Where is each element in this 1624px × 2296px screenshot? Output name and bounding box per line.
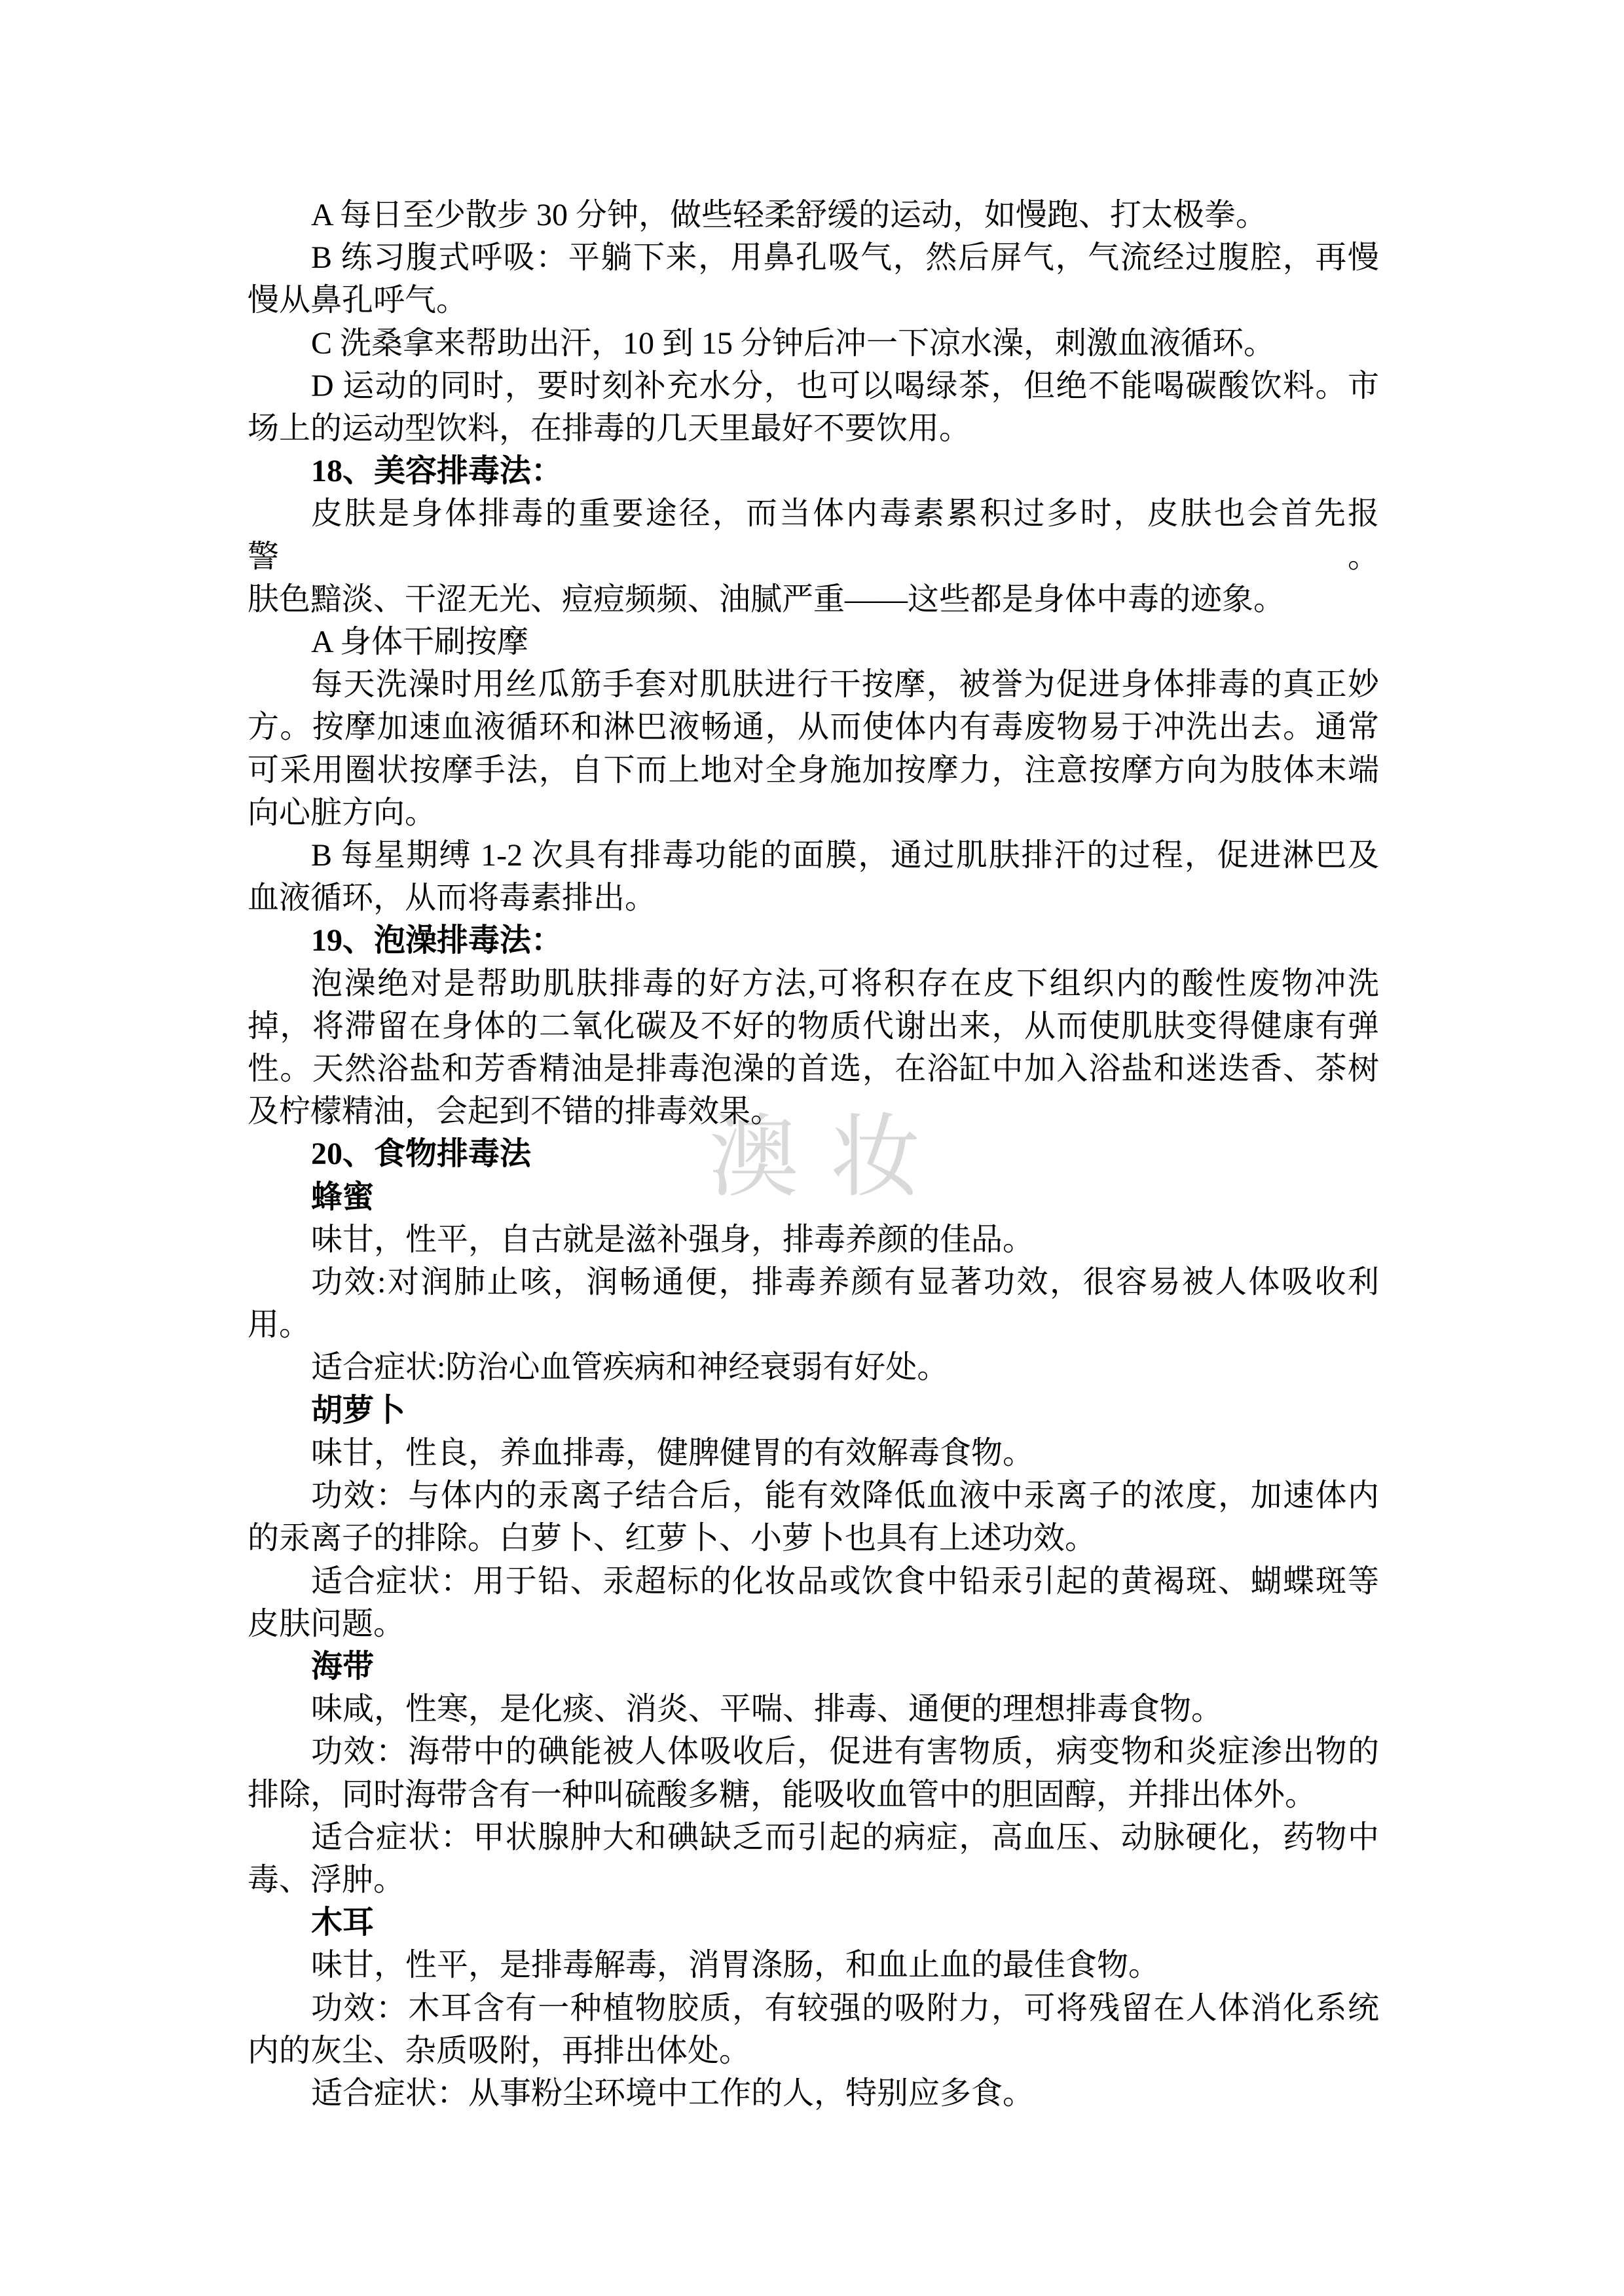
text-line: 适合症状：从事粉尘环境中工作的人，特别应多食。 xyxy=(248,2072,1379,2115)
text-line: 可采用圈状按摩手法，自下而上地对全身施加按摩力，注意按摩方向为肢体末端 xyxy=(248,749,1379,792)
text-line: 适合症状：甲状腺肿大和碘缺乏而引起的病症，高血压、动脉硬化，药物中 xyxy=(248,1816,1379,1859)
text-line: 功效:对润肺止咳，润畅通便，排毒养颜有显著功效，很容易被人体吸收利 xyxy=(248,1261,1379,1303)
text-line: 功效：与体内的汞离子结合后，能有效降低血液中汞离子的浓度，加速体内 xyxy=(248,1474,1379,1517)
text-line: 每天洗澡时用丝瓜筋手套对肌肤进行干按摩，被誉为促进身体排毒的真正妙 xyxy=(248,663,1379,706)
text-line: 适合症状:防治心血管疾病和神经衰弱有好处。 xyxy=(248,1346,1379,1389)
text-line: B 练习腹式呼吸：平躺下来，用鼻孔吸气，然后屏气，气流经过腹腔，再慢 xyxy=(248,236,1379,279)
text-line: D 运动的同时，要时刻补充水分，也可以喝绿茶，但绝不能喝碳酸饮料。市 xyxy=(248,365,1379,407)
text-line: 木耳 xyxy=(248,1901,1379,1944)
text-line: 方。按摩加速血液循环和淋巴液畅通，从而使体内有毒废物易于冲洗出去。通常 xyxy=(248,706,1379,748)
text-line: 味甘，性良，养血排毒，健脾健胃的有效解毒食物。 xyxy=(248,1432,1379,1474)
text-line: C 洗桑拿来帮助出汗，10 到 15 分钟后冲一下凉水澡，刺激血液循环。 xyxy=(248,322,1379,365)
text-line: A 每日至少散步 30 分钟，做些轻柔舒缓的运动，如慢跑、打太极拳。 xyxy=(248,194,1379,236)
text-line: 及柠檬精油，会起到不错的排毒效果。 xyxy=(248,1090,1379,1133)
text-line: 胡萝卜 xyxy=(248,1389,1379,1432)
document-body: A 每日至少散步 30 分钟，做些轻柔舒缓的运动，如慢跑、打太极拳。B 练习腹式… xyxy=(248,194,1379,2115)
text-line: 排除，同时海带含有一种叫硫酸多糖，能吸收血管中的胆固醇，并排出体外。 xyxy=(248,1774,1379,1816)
text-line: 皮肤问题。 xyxy=(248,1603,1379,1645)
text-line: 皮肤是身体排毒的重要途径，而当体内毒素累积过多时，皮肤也会首先报警。 xyxy=(248,492,1379,577)
text-line: 20、食物排毒法 xyxy=(248,1133,1379,1175)
text-line: 19、泡澡排毒法： xyxy=(248,919,1379,962)
page: 澳妆 A 每日至少散步 30 分钟，做些轻柔舒缓的运动，如慢跑、打太极拳。B 练… xyxy=(0,0,1624,2296)
text-line: 味甘，性平，自古就是滋补强身，排毒养颜的佳品。 xyxy=(248,1218,1379,1261)
text-line: 的汞离子的排除。白萝卜、红萝卜、小萝卜也具有上述功效。 xyxy=(248,1517,1379,1559)
text-line: A 身体干刷按摩 xyxy=(248,621,1379,663)
text-line: 海带 xyxy=(248,1645,1379,1688)
text-line: 场上的运动型饮料，在排毒的几天里最好不要饮用。 xyxy=(248,407,1379,450)
text-line: 功效：木耳含有一种植物胶质，有较强的吸附力，可将残留在人体消化系统 xyxy=(248,1987,1379,2030)
text-line: 掉，将滞留在身体的二氧化碳及不好的物质代谢出来，从而使肌肤变得健康有弹 xyxy=(248,1005,1379,1048)
text-line: B 每星期缚 1-2 次具有排毒功能的面膜，通过肌肤排汗的过程，促进淋巴及 xyxy=(248,834,1379,877)
text-line: 肤色黯淡、干涩无光、痘痘频频、油腻严重——这些都是身体中毒的迹象。 xyxy=(248,578,1379,621)
text-line: 慢从鼻孔呼气。 xyxy=(248,279,1379,321)
text-line: 适合症状：用于铅、汞超标的化妆品或饮食中铅汞引起的黄褐斑、蝴蝶斑等 xyxy=(248,1560,1379,1603)
text-line: 泡澡绝对是帮助肌肤排毒的好方法,可将积存在皮下组织内的酸性废物冲洗 xyxy=(248,962,1379,1005)
text-line: 向心脏方向。 xyxy=(248,792,1379,834)
text-line: 蜂蜜 xyxy=(248,1176,1379,1218)
text-line: 用。 xyxy=(248,1303,1379,1346)
text-line: 功效：海带中的碘能被人体吸收后，促进有害物质，病变物和炎症渗出物的 xyxy=(248,1730,1379,1773)
text-line: 血液循环，从而将毒素排出。 xyxy=(248,877,1379,919)
text-line: 味咸，性寒，是化痰、消炎、平喘、排毒、通便的理想排毒食物。 xyxy=(248,1688,1379,1730)
text-line: 性。天然浴盐和芳香精油是排毒泡澡的首选，在浴缸中加入浴盐和迷迭香、茶树 xyxy=(248,1048,1379,1090)
text-line: 味甘，性平，是排毒解毒，消胃涤肠，和血止血的最佳食物。 xyxy=(248,1944,1379,1986)
text-line: 内的灰尘、杂质吸附，再排出体处。 xyxy=(248,2030,1379,2072)
text-line: 毒、浮肿。 xyxy=(248,1859,1379,1901)
text-line: 18、美容排毒法： xyxy=(248,450,1379,492)
